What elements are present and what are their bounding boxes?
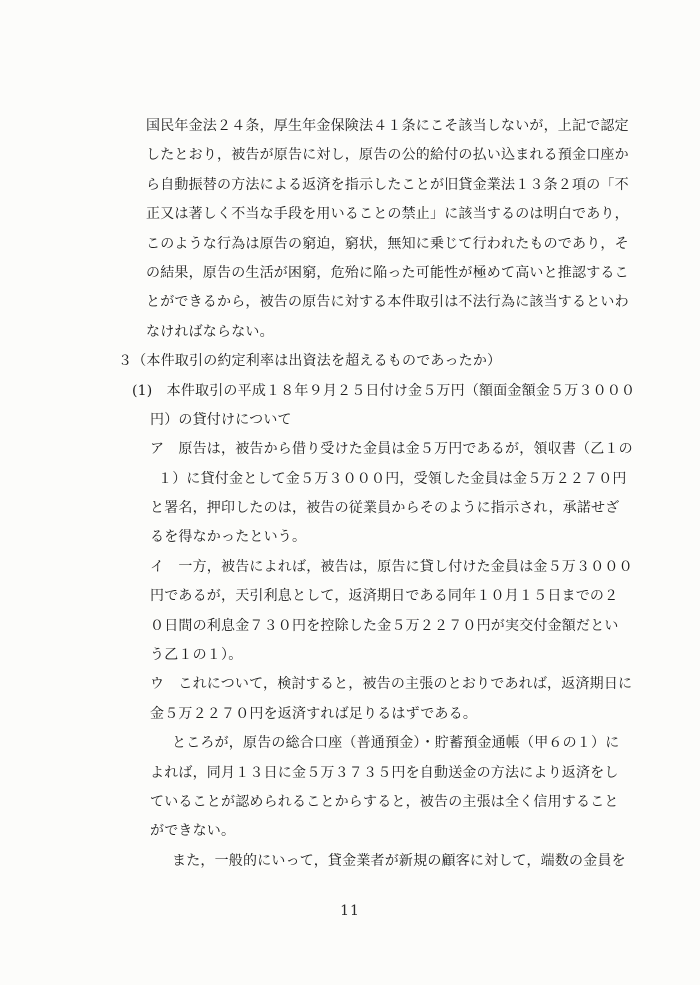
- sub-item-line: ア 原告は，被告から借り受けた金員は金５万円であるが，領収書（乙１の: [118, 435, 648, 464]
- text-line: ら自動振替の方法による返済を指示したことが旧貸金業法１３条２項の「不: [118, 171, 648, 200]
- text-line: の結果，原告の生活が困窮，危殆に陥った可能性が極めて高いと推認するこ: [118, 259, 648, 288]
- text-line: 円であるが，天引利息として，返済期日である同年１０月１５日までの２: [118, 582, 648, 611]
- text-line: １）に貸付金として金５万３０００円，受領した金員は金５万２２７０円: [118, 465, 648, 494]
- text-line: したとおり，被告が原告に対し，原告の公的給付の払い込まれる預金口座か: [118, 141, 648, 170]
- text-line: と署名，押印したのは，被告の従業員からそのように指示され，承諾せざ: [118, 494, 648, 523]
- text-line: ０日間の利息金７３０円を控除した金５万２２７０円が実交付金額だとい: [118, 612, 648, 641]
- text-line: 金５万２２７０円を返済すれば足りるはずである。: [118, 700, 648, 729]
- numbered-item-line: (1) 本件取引の平成１８年９月２５日付け金５万円（額面金額金５万３０００: [118, 377, 648, 406]
- scanned-document-page: 国民年金法２４条，厚生年金保険法４１条にこそ該当しないが，上記で認定 したとおり…: [0, 0, 700, 985]
- text-line: このような行為は原告の窮迫，窮状，無知に乗じて行われたものであり，そ: [118, 230, 648, 259]
- text-line: う乙１の１）。: [118, 641, 648, 670]
- text-line: ところが，原告の総合口座（普通預金）・貯蓄預金通帳（甲６の１）に: [118, 729, 648, 758]
- page-number: 11: [0, 903, 700, 919]
- text-line: ていることが認められることからすると，被告の主張は全く信用すること: [118, 788, 648, 817]
- text-line: るを得なかったという。: [118, 523, 648, 552]
- text-line: また，一般的にいって，貸金業者が新規の顧客に対して，端数の金員を: [118, 847, 648, 876]
- text-line: 国民年金法２４条，厚生年金保険法４１条にこそ該当しないが，上記で認定: [118, 112, 648, 141]
- sub-item-line: ウ これについて，検討すると，被告の主張のとおりであれば，返済期日に: [118, 670, 648, 699]
- section-heading: ３（本件取引の約定利率は出資法を超えるものであったか）: [118, 347, 648, 376]
- sub-item-line: イ 一方，被告によれば，被告は，原告に貸し付けた金員は金５万３０００: [118, 553, 648, 582]
- document-text-block: 国民年金法２４条，厚生年金保険法４１条にこそ該当しないが，上記で認定 したとおり…: [118, 112, 648, 876]
- text-line: なければならない。: [118, 318, 648, 347]
- text-line: 正又は著しく不当な手段を用いることの禁止」に該当するのは明白であり，: [118, 200, 648, 229]
- text-line: とができるから，被告の原告に対する本件取引は不法行為に該当するといわ: [118, 288, 648, 317]
- text-line: よれば，同月１３日に金５万３７３５円を自動送金の方法により返済をし: [118, 759, 648, 788]
- text-line: 円）の貸付けについて: [118, 406, 648, 435]
- text-line: ができない。: [118, 817, 648, 846]
